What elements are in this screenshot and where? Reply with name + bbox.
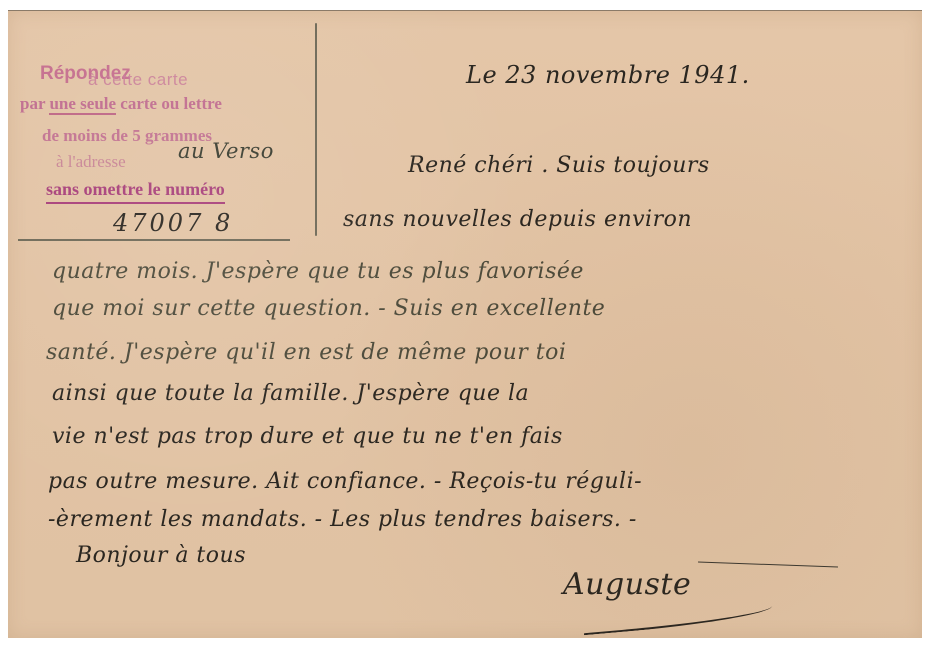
letter-line: pas outre mesure. Ait confiance. - Reçoi… — [48, 469, 642, 494]
stamp-text: par — [20, 94, 49, 113]
letter-line: sans nouvelles depuis environ — [343, 207, 692, 232]
letter-line: vie n'est pas trop dure et que tu ne t'e… — [52, 424, 563, 449]
horizontal-divider — [18, 239, 290, 241]
signature-stroke — [698, 562, 838, 568]
letter-line: quatre mois. J'espère que tu es plus fav… — [52, 259, 584, 284]
letter-closing: Bonjour à tous — [76, 543, 246, 568]
address-note: au Verso — [178, 139, 274, 163]
postcard: Répondez à cette carte par une seule car… — [8, 10, 922, 638]
letter-line: que moi sur cette question. - Suis en ex… — [52, 296, 605, 321]
vertical-divider — [315, 23, 317, 236]
stamp-line-adresse: à l'adresse — [56, 152, 126, 172]
signature: Auguste — [563, 567, 691, 602]
letter-line: ainsi que toute la famille. J'espère que… — [52, 381, 529, 406]
letter-date: Le 23 novembre 1941. — [466, 61, 750, 89]
stamp-text: carte ou lettre — [116, 94, 222, 113]
stamp-line-numero: sans omettre le numéro — [46, 179, 225, 204]
signature-flourish — [583, 603, 774, 635]
prisoner-number: 47007 8 — [113, 209, 233, 237]
letter-line: René chéri . Suis toujours — [408, 153, 710, 178]
stamp-underlined-text: une seule — [49, 94, 116, 115]
letter-line: santé. J'espère qu'il en est de même pou… — [46, 340, 566, 365]
letter-line: -èrement les mandats. - Les plus tendres… — [48, 507, 637, 532]
stamp-line-a-cette-carte: à cette carte — [88, 70, 188, 90]
stamp-line-par-une-seule: par une seule carte ou lettre — [20, 94, 222, 114]
